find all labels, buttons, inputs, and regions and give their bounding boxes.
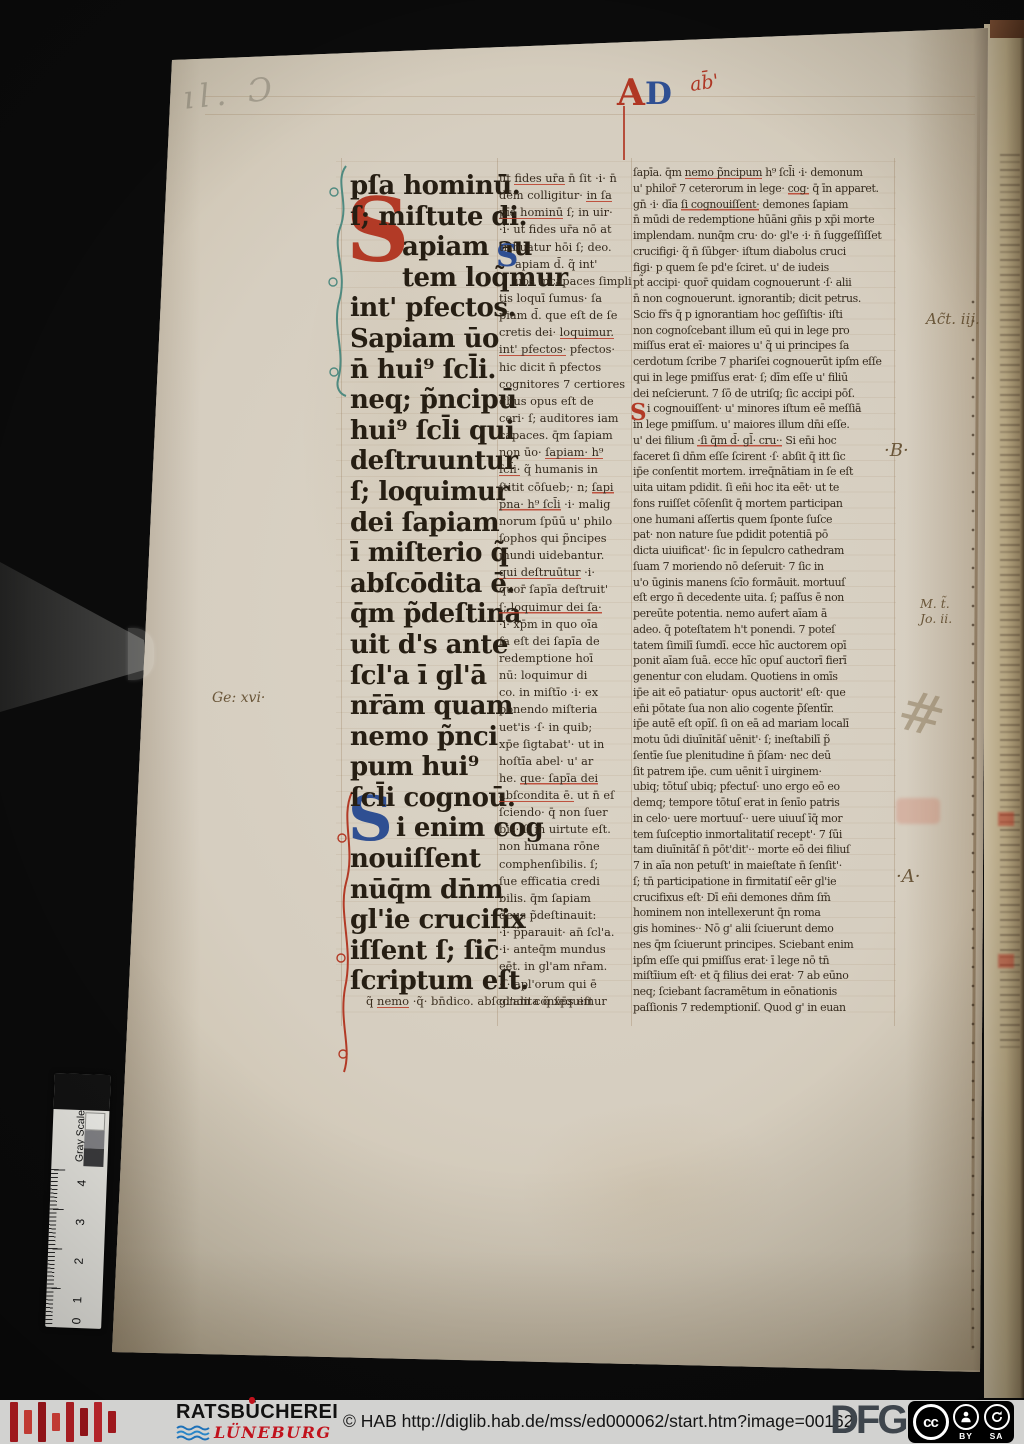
ruling-line (205, 96, 975, 97)
text-line: abſcōdita ē. (350, 569, 500, 600)
text-line: apiam au (350, 232, 500, 263)
text-line: i enim cog (350, 813, 500, 844)
text-line: i cognouiſſent· u' minores iſtum eē meſſ… (633, 401, 895, 417)
text-line: ſcriptum eſt. (350, 966, 500, 997)
ruling-line (205, 114, 975, 115)
text-line: cretis dei· loquimur. (499, 324, 635, 341)
text-line: nr̄ām quam (350, 691, 500, 722)
text-line: gl'ie crucifix (350, 905, 500, 936)
copyright-url-text: © HAB http://diglib.hab.de/mss/ed000062/… (343, 1411, 854, 1432)
text-line: 7 in aīa non petuſt' in maieſtate n̄ ſen… (633, 858, 895, 874)
page-shading (110, 1250, 990, 1370)
text-line: Scio fr̄s q̄ p ignorantiam hoc geſſiſtis… (633, 307, 895, 323)
text-line: nemo p̃nci (350, 722, 500, 753)
text-line: deſtruuntur (350, 446, 500, 477)
marginal-note-references: M. t̃. Jo. ii. (920, 596, 952, 626)
next-folio-text-bleed (1000, 154, 1020, 1054)
library-city-row: LÜNEBURG (176, 1423, 338, 1442)
text-line: uet'is ·ſ· in quib; (499, 719, 635, 736)
text-line: ubiq; tōtuſ ubiq; pfectuſ· uno ergo eō e… (633, 779, 895, 795)
ruler-number: 2 (71, 1254, 86, 1269)
text-line: non humana rōne (499, 838, 635, 855)
text-line: hominem non intellexerunt q̄n roma (633, 905, 895, 921)
gray-patch-dark (83, 1148, 104, 1167)
text-line: ip̄e ait eō patiatur· opus auctorit' eſt… (633, 685, 895, 701)
text-line: piam d̄. que eſt de ſe (499, 307, 635, 324)
logo-bar (10, 1402, 18, 1442)
text-line: xp̄e ſigtabat'· ut in (499, 736, 635, 753)
text-line: eēt. in gl'am nr̄am. (499, 958, 635, 975)
text-line: ſophos qui p̃ncipes (499, 530, 635, 547)
text-line: paſſionis 7 redemptioniſ. Quod g' in eua… (633, 1000, 895, 1016)
library-name-part: RATSB (176, 1401, 245, 1423)
text-line: dicta uiuificat'· ſic in ſepulcro cathed… (633, 543, 895, 559)
manuscript-page: ıl. Ɔ A D ab̄' S S pſa hominū.ſ; miſtute… (0, 0, 1024, 1400)
text-line: ·ſ· apl'orum qui ē (499, 976, 635, 993)
ruler-number: 4 (74, 1176, 89, 1191)
text-line: ſit patrem ip̄e. cum uēnit ī uirginem· (633, 764, 895, 780)
text-line: non cognoſcebant illum eū qui in lege pr… (633, 323, 895, 339)
library-wordmark: RATSBÜCHEREI LÜNEBURG (176, 1401, 338, 1442)
text-line: n̄ non cognouerunt. ignorantib; dicit pe… (633, 291, 895, 307)
marginal-note-line: Jo. ii. (920, 611, 952, 626)
text-line: ip̄e conſentit mortem. irreq̄nātiam in ſ… (633, 464, 895, 480)
running-title-letter-red: A (617, 72, 645, 114)
library-name: RATSBÜCHEREI (176, 1401, 338, 1424)
cc-sa-group: SA (984, 1404, 1010, 1441)
text-line: nes q̄m ſciuerunt principes. Sciebant en… (633, 937, 895, 953)
logo-bar (52, 1413, 60, 1431)
text-line: figi· p quem ſe pd'e ſciret. u' de iudei… (633, 260, 895, 276)
text-line: pereūte potentia. nemo aufert aīam ā (633, 606, 895, 622)
text-line: uit d's ante (350, 630, 500, 661)
gloss-column-inner: ut fides ur̄a n̄ ſit ·i· n̄dēm colligitu… (499, 170, 635, 1010)
cc-by-group: BY (953, 1404, 979, 1441)
text-line: comphenſibilis. ſ; (499, 856, 635, 873)
text-line: gn̄ ·i· dīa ſi cognouiſſent· demones ſap… (633, 197, 895, 213)
text-line: ſcl'a ī gl'ā (350, 661, 500, 692)
text-line: motu ūdi diuīnitāſ uēnit'· ſ; ineſtabilī… (633, 732, 895, 748)
text-line: demq; tempore tōtuſ erat in ſenīo patris (633, 795, 895, 811)
gray-scale-card: Gray Scale 4 3 2 1 0 (45, 1073, 111, 1329)
binding-edge (990, 20, 1024, 38)
text-line: bis· ſ; in uirtute eſt. (499, 821, 635, 838)
text-line: u' philor̄ 7 ceterorum in lege· cog· q̄ … (633, 181, 895, 197)
catchline: q̃ nemo ·q̃· bn̄dico. abſcondita q̃ xp̄s… (366, 994, 593, 1008)
text-line: dei ſapiam (350, 508, 500, 539)
text-line: ſ; miſtute di. (350, 202, 500, 233)
text-line: ſcl̄i cognoū. (350, 783, 500, 814)
text-line: ·i· p̃parauit· an̄ ſcl'a. (499, 924, 635, 941)
text-line: ip̄e autē eſt opīſ. ſi on eā ad mariam l… (633, 716, 895, 732)
text-line: n̄ mūdi de redemptione hūāni gn̄is p xp̄… (633, 212, 895, 228)
running-title-flourish (623, 106, 625, 160)
running-title-letter-blue: D (645, 76, 672, 112)
next-folio-rubric-bleed (998, 954, 1014, 968)
attribution-person-icon (953, 1404, 979, 1430)
text-line: he. que· ſapīa dei (499, 770, 635, 787)
next-folio-rubric-bleed (998, 812, 1014, 826)
text-line: redemptione hoī (499, 650, 635, 667)
ratsbuecherei-bars-logo (10, 1402, 116, 1442)
text-line: pt̃ accipi· quor̄ quidam cognouerunt ·ſ·… (633, 275, 895, 291)
text-line: cerdotum ſcribe 7 phariſei cognouerūt ip… (633, 354, 895, 370)
text-line: ſentīe ſue plenitudine n̄ p̃ſam· nec deū (633, 748, 895, 764)
text-line: crucifigi· q̃ n̄ ſūbger· iſtum diabolus … (633, 244, 895, 260)
text-line: tem ſuſceptio inmortalitatiſ recept'· 7 … (633, 827, 895, 843)
text-line: miſtīium eſt· et q̄ filius dei erat· 7 a… (633, 968, 895, 984)
share-alike-arrow-icon (984, 1404, 1010, 1430)
text-line: q̄bus opus eſt de (499, 393, 635, 410)
gray-patch-white (85, 1112, 106, 1131)
text-line: dēm colligitur· in ſa (499, 187, 635, 204)
text-line: co. in miſtīo ·i· ex (499, 684, 635, 701)
text-line: nouiſſent (350, 844, 500, 875)
ruler-number: 0 (69, 1314, 84, 1329)
dfg-logo: DFG (830, 1398, 905, 1443)
text-line: q̄m p̃deſtina (350, 599, 500, 630)
text-line: qui in lege pmiſſus erat· ſ; dīm eſſe u'… (633, 370, 895, 386)
text-line: ſ; loquimur dei ſa· (499, 599, 635, 616)
text-line: ſue efficatia credi (499, 873, 635, 890)
cc-license-badge: cc BY SA (908, 1401, 1014, 1443)
text-line: nū: loquimur di (499, 667, 635, 684)
text-line: ī miſterio q̃ (350, 538, 500, 569)
running-title-abbreviation: ab̄' (689, 70, 721, 96)
text-line: implendam. nunq̄m cru· do· gl'e ·i· n̄ ſ… (633, 228, 895, 244)
gloss-column-outer: ſapīa. q̄m nemo p̃ncipum h⁹ ſcl̄i ·i· de… (633, 165, 895, 1016)
marginal-letter-a: ·A· (896, 866, 920, 887)
marginal-note-act: Ac̃t. iij. (926, 310, 980, 328)
library-name-umlaut: Ü (245, 1401, 260, 1423)
text-line: ut fides ur̄a n̄ ſit ·i· n̄ (499, 170, 635, 187)
text-line: hoſtīa abel· u' ar (499, 753, 635, 770)
text-line: u'o ūginis manens ſcīo formāuit. mortuuſ (633, 575, 895, 591)
text-line: hui⁹ ſcl̄i qui (350, 416, 500, 447)
logo-bar (108, 1411, 116, 1433)
text-line: qui deſtruūtur ·i· (499, 564, 635, 581)
text-line: tem loq̃mur (350, 263, 500, 294)
page-shading (110, 50, 200, 1360)
text-line: fons ruiſſet cōſenſit q̄ mortem particip… (633, 496, 895, 512)
text-line: tam diuīnitāſ n̄ pōt'dit'·· morte eō dei… (633, 842, 895, 858)
parchment-stain (520, 1100, 780, 1280)
text-line: ceri· ſ; auditores iam (499, 410, 635, 427)
text-line: eſt ergo n̄ decedente uita. ſ; paſſus ē … (633, 590, 895, 606)
text-line: bilis. q̄m ſapiam (499, 890, 635, 907)
text-line: ſtitit cōſueb;· n; ſapi (499, 479, 635, 496)
text-line: u' dei filium ·ſi q̄m d̄· gl̄· cru·· Si … (633, 433, 895, 449)
text-line: ſ; loquimur (350, 477, 500, 508)
text-line: crucifixus eſt· Dī en̄i demones dn̄m ſm̄ (633, 890, 895, 906)
text-line: hic dicit n̄ pfectos (499, 359, 635, 376)
cc-icon: cc (913, 1404, 949, 1440)
text-line: one humani aſſertis quem ſponte ſuſce (633, 512, 895, 528)
marginal-note-left: Ge: xvi· (212, 690, 265, 706)
marginal-letter-b: ·B· (884, 440, 909, 461)
sa-label: SA (990, 1431, 1004, 1441)
gray-patch-mid (84, 1130, 105, 1149)
text-line: neq; ſciebant ſacramētum in eōnationis (633, 984, 895, 1000)
text-line: ſa eſt dei ſapīa de (499, 633, 635, 650)
text-line: adeo. q̄ poteſtatem h't ponendi. 7 poteſ (633, 622, 895, 638)
text-line: en̄i pōtate ſua non alio cogente p̃ſentī… (633, 701, 895, 717)
library-city: LÜNEBURG (214, 1423, 332, 1442)
logo-bar (80, 1408, 88, 1436)
text-line: p̄na· h⁹ ſcl̄i ·i· malig (499, 496, 635, 513)
text-line: ſapīa. q̄m nemo p̃ncipum h⁹ ſcl̄i ·i· de… (633, 165, 895, 181)
marginal-note-line: M. t̃. (920, 596, 952, 611)
text-line: cognitores 7 certiores (499, 376, 635, 393)
text-line: norum ſpūū u' philo (499, 513, 635, 530)
text-line: iſſent ſ; ſic̄ (350, 936, 500, 967)
text-line: mundi uidebantur. (499, 547, 635, 564)
text-line: pat· non nature ſue pdidit potentiā pō (633, 527, 895, 543)
text-line: tatem ſimilī ſumdī. ecce hīc auctorem op… (633, 638, 895, 654)
text-line: in lege pmiſſum. u' maiores illum dn̄i e… (633, 417, 895, 433)
gray-scale-patches (83, 1112, 105, 1167)
text-line: ſuam 7 moriendo nō deſeruit· 7 ſic in (633, 559, 895, 575)
text-line: deus p̃deſtinauit: (499, 907, 635, 924)
waves-icon (176, 1424, 210, 1442)
bible-text-column: pſa hominū.ſ; miſtute di.apiam autem loq… (350, 171, 500, 997)
logo-bar (24, 1410, 32, 1434)
ruler-number: 1 (70, 1293, 85, 1308)
logo-bar (94, 1402, 102, 1442)
text-line: dei neſcierunt. 7 ſō de utriſq; ſic acci… (633, 386, 895, 402)
footer-credit-bar: RATSBÜCHEREI LÜNEBURG © HAB http://digli… (0, 1400, 1024, 1444)
text-line: ſcl̄i· q̃ humanis in (499, 461, 635, 478)
text-line: miſſus erat eī· maiores u' q̃ ui princip… (633, 338, 895, 354)
text-line: ſ; tn̄ participatione in firmitatiſ eēr … (633, 874, 895, 890)
text-line: neq; p̃ncipū (350, 385, 500, 416)
text-line: non ūo· ſapiam· h⁹ (499, 444, 635, 461)
text-line: ·i· xp̄m in quo oīa (499, 616, 635, 633)
text-line: ipſm eſſe qui pmiſſus erat· ī lege nō tn… (633, 953, 895, 969)
book-fore-edge (984, 24, 1024, 1398)
logo-bar (66, 1402, 74, 1442)
text-line: pum hui⁹ (350, 752, 500, 783)
text-line: int' pfectos. (350, 293, 500, 324)
text-line: faceret ſi dn̄m eſſe ſcirent ·ſ· abſit q… (633, 449, 895, 465)
ruler-number: 3 (73, 1215, 88, 1230)
text-line: pīa hominū ſ; in uir· (499, 204, 635, 221)
text-line: genentur con eludam. Quotiens in omīs (633, 669, 895, 685)
logo-bar (38, 1402, 46, 1442)
text-line: capaces. q̄m ſapiam (499, 427, 635, 444)
text-line: quor̄ ſapīa deſtruit' (499, 581, 635, 598)
text-line: apiam d̄. q̃ int' (499, 256, 635, 273)
digitized-manuscript-viewer: ıl. Ɔ A D ab̄' S S pſa hominū.ſ; miſtute… (0, 0, 1024, 1444)
text-line: ·i· anteq̄m mundus (499, 941, 635, 958)
text-line: ſciendo· q̄ non ſuer (499, 804, 635, 821)
pricking-holes (971, 300, 976, 1356)
text-line: nūq̄m dn̄m (350, 875, 500, 906)
text-line: ponendo miſteria (499, 701, 635, 718)
text-line: Sapiam ūo (350, 324, 500, 355)
text-line: tis loquī ſumus· ſa (499, 290, 635, 307)
text-line: uita uitam pdidit. ſi en̄i hoc ita eēt· … (633, 480, 895, 496)
red-ink-offset (896, 798, 940, 824)
text-line: gis homines·· Nō g' alii ſciuerunt demo (633, 921, 895, 937)
text-line: ponit aīam ſuā. ecce hīc opuſ auctorī fi… (633, 653, 895, 669)
text-line: in celo· uere mortuuſ·· uere uiuuſ īq̄ m… (633, 811, 895, 827)
photo-area: ıl. Ɔ A D ab̄' S S pſa hominū.ſ; miſtute… (0, 0, 1024, 1400)
text-line: int' pfectos· pfectos· (499, 341, 635, 358)
text-line: ·i· ut fides ur̄a nō at (499, 221, 635, 238)
by-label: BY (959, 1431, 973, 1441)
ruler-scale: 4 3 2 1 0 (45, 1169, 107, 1329)
library-name-part: CHEREI (260, 1401, 338, 1423)
text-line: pſa hominū. (350, 171, 500, 202)
text-line: n̄ hui⁹ ſcl̄i. (350, 355, 500, 386)
text-line: uos incapaces ſimpli (499, 273, 635, 290)
text-line: tribuatur hōi ſ; deo. (499, 239, 635, 256)
text-line: abſcondita ē. ut n̄ eſ (499, 787, 635, 804)
